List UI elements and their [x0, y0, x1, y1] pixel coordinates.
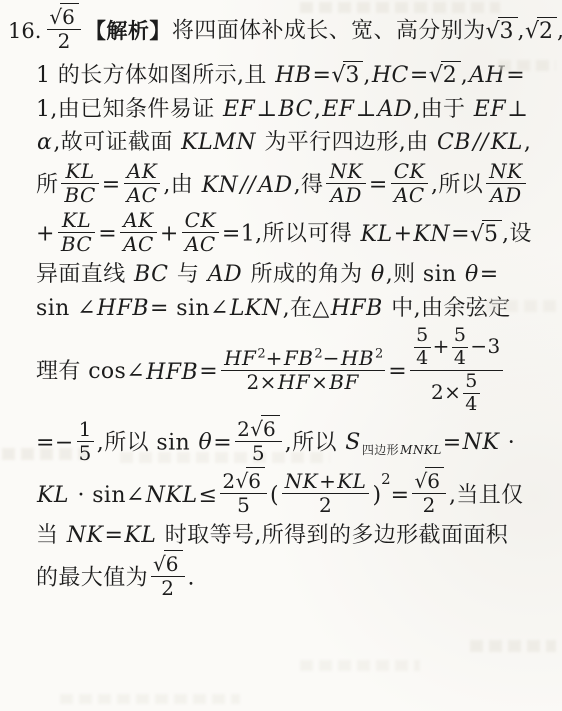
math-variable: HFB: [331, 296, 383, 321]
sqrt-expression: √2: [525, 17, 557, 47]
fraction: 15: [77, 418, 94, 465]
math-variable: EF: [474, 97, 506, 122]
math-variable: NKL: [146, 483, 198, 508]
numerator: √6: [151, 553, 184, 576]
text-run: 将四面体补成长、宽、高分别为: [172, 19, 486, 44]
fraction: 54: [452, 325, 469, 370]
math-variable: AD: [490, 183, 521, 207]
text-run: 2: [222, 469, 235, 493]
math-variable: HFB: [97, 296, 149, 321]
numerator: KL: [58, 209, 95, 232]
solution-line-8: sin ∠HFB= sin∠LKN,在△HFB 中,由余弦定: [36, 294, 558, 324]
math-variable: MNKL: [400, 443, 442, 457]
text-run: 5: [79, 441, 92, 465]
radicand: 2: [441, 61, 461, 88]
math-variable: KL: [337, 469, 366, 493]
solution-body: 16.√62【解析】将四面体补成长、宽、高分别为√3,√2,1 的长方体如图所示…: [36, 8, 558, 602]
text-run: +: [160, 222, 179, 247]
math-variable: HB: [341, 346, 374, 370]
text-run: =: [199, 360, 218, 385]
text-run: =: [451, 222, 470, 247]
fraction: 54: [463, 371, 480, 416]
text-run: ⊥: [256, 97, 277, 122]
radicand: 6: [164, 550, 183, 576]
text-run: ,: [314, 97, 321, 122]
numerator: 5: [463, 371, 480, 393]
text-run: 的最大值为: [36, 566, 148, 591]
text-run: 4: [416, 347, 429, 369]
math-variable: KN: [413, 222, 450, 247]
text-run: = sin∠: [150, 296, 229, 321]
text-run: ,由: [163, 173, 200, 198]
numerator: 1: [77, 418, 94, 441]
numerator: CK: [391, 160, 428, 183]
numerator: KL: [61, 160, 98, 183]
page-bleed-artifact: [470, 640, 556, 652]
text-run: ≤: [199, 483, 218, 508]
solution-line-7: 异面直线 BC 与 AD 所成的角为 θ,则 sin θ=: [36, 260, 558, 290]
math-variable: KL: [65, 159, 94, 183]
text-run: +: [433, 334, 450, 358]
fraction: AKAC: [124, 160, 161, 207]
math-variable: AD: [330, 183, 361, 207]
text-run: 所成的角为: [243, 262, 370, 287]
math-variable: HB: [275, 63, 311, 88]
denominator: AC: [120, 232, 157, 256]
text-run: · sin∠: [70, 483, 145, 508]
text-run: ⊥: [507, 97, 528, 122]
text-run: 5: [237, 493, 250, 517]
fraction: 54: [414, 325, 431, 370]
fraction: 2√65: [220, 470, 267, 517]
superscript: 2: [381, 470, 391, 488]
math-variable: FB: [284, 346, 314, 370]
text-run: =: [102, 173, 121, 198]
text-run: 2×: [431, 380, 461, 404]
numerator: 2√6: [220, 470, 267, 493]
radicand: 5: [482, 220, 502, 247]
text-run: 当: [36, 523, 66, 548]
sqrt-expression: √6: [236, 470, 265, 493]
text-run: ,: [363, 63, 370, 88]
text-run: ,在△: [283, 296, 330, 321]
math-variable: EF: [223, 97, 255, 122]
math-variable: α: [37, 130, 52, 155]
solution-line-12: 当 NK=KL 时取等号,所得到的多边形截面面积: [36, 521, 558, 551]
denominator: 4: [463, 393, 480, 416]
solution-line-1: 16.√62【解析】将四面体补成长、宽、高分别为√3,√2,: [8, 8, 558, 55]
math-variable: HFB: [146, 360, 198, 385]
fraction: NKAD: [486, 160, 525, 207]
denominator: AD: [486, 183, 525, 207]
numerator: 2√6: [235, 418, 282, 441]
text-run: 异面直线: [36, 262, 133, 287]
superscript: 2: [314, 346, 322, 361]
denominator: 5: [220, 493, 267, 517]
numerator: √6: [412, 470, 445, 493]
fraction: √62: [412, 470, 445, 517]
text-run: ,由于: [413, 97, 473, 122]
denominator: 5: [235, 441, 282, 465]
fraction: AKAC: [120, 209, 157, 256]
text-run: 1 的长方体如图所示,且: [36, 63, 274, 88]
denominator: 2: [282, 493, 370, 517]
math-variable: KL: [62, 208, 91, 232]
text-run: =: [480, 262, 499, 287]
denominator: 2: [47, 29, 80, 53]
text-run: ,所以 sin: [97, 430, 198, 455]
math-variable: AH: [469, 63, 505, 88]
denominator: 2: [151, 576, 184, 600]
math-variable: NK: [285, 469, 318, 493]
fraction: √62: [47, 6, 80, 53]
text-run: 5: [416, 324, 429, 346]
fraction: HF2+FB2−HB22×HF×BF: [221, 347, 385, 394]
math-variable: HC: [372, 63, 409, 88]
text-run: ⊥: [356, 97, 377, 122]
math-variable: CK: [394, 159, 425, 183]
text-run: ,当且仅: [449, 483, 524, 508]
text-run: ,所以: [285, 430, 345, 455]
math-variable: θ: [198, 430, 212, 455]
text-run: =: [213, 430, 232, 455]
text-run: 所: [36, 173, 58, 198]
math-variable: NK: [463, 430, 500, 455]
sqrt-expression: √3: [486, 17, 518, 47]
denominator: AC: [124, 183, 161, 207]
solution-line-2: 1 的长方体如图所示,且 HB=√3,HC=√2,AH=: [36, 61, 558, 91]
math-variable: AK: [123, 208, 153, 232]
text-run: 2: [423, 493, 436, 517]
text-run: 2: [58, 29, 71, 53]
text-run: 四边形: [362, 443, 399, 457]
text-run: =: [410, 63, 429, 88]
denominator: 2: [412, 493, 445, 517]
text-run: =: [104, 523, 123, 548]
radicand: 6: [261, 415, 280, 441]
text-run: ,: [518, 19, 525, 44]
text-run: .: [188, 566, 195, 591]
text-run: +: [266, 346, 283, 370]
solution-line-5: 所KLBC=AKAC,由 KN//AD,得NKAD=CKAC,所以NKAD: [36, 162, 558, 209]
math-variable: LKN: [230, 296, 282, 321]
solution-line-4: α,故可证截面 KLMN 为平行四边形,由 CB//KL,: [36, 128, 558, 158]
text-run: 1,由已知条件易证: [36, 97, 222, 122]
text-run: 与: [169, 262, 206, 287]
big-paren: ): [372, 483, 381, 508]
text-run: ,则 sin: [386, 262, 464, 287]
sqrt-expression: √6: [153, 553, 182, 576]
solution-line-10: =−15,所以 sin θ=2√65,所以 S四边形MNKL=NK ·: [36, 420, 558, 467]
text-run: ×: [311, 370, 328, 394]
math-variable: KN: [202, 173, 239, 198]
text-run: ,所以: [431, 173, 483, 198]
math-variable: S: [345, 430, 361, 455]
math-variable: BF: [329, 370, 359, 394]
math-variable: AC: [185, 232, 216, 256]
denominator: BC: [61, 183, 98, 207]
text-run: 4: [465, 393, 478, 415]
math-variable: KLMN: [181, 130, 256, 155]
text-run: 5: [252, 441, 265, 465]
radicand: 2: [537, 17, 557, 44]
numerator: HF2+FB2−HB2: [221, 347, 385, 370]
problem-number: 16.: [8, 19, 41, 43]
math-variable: KL: [491, 130, 523, 155]
sqrt-expression: √6: [414, 470, 443, 493]
denominator: 4: [452, 347, 469, 370]
math-variable: AD: [378, 97, 413, 122]
text-run: ,设: [502, 222, 532, 247]
text-run: 为平行四边形,由: [257, 130, 436, 155]
text-run: 中,由余弦定: [384, 296, 511, 321]
numerator: √6: [47, 6, 80, 29]
math-variable: AD: [258, 173, 293, 198]
math-variable: NK: [489, 159, 522, 183]
math-variable: BC: [64, 183, 95, 207]
page-bleed-artifact: [300, 660, 420, 671]
text-run: ,故可证截面: [53, 130, 180, 155]
fraction: √62: [151, 553, 184, 600]
solution-line-3: 1,由已知条件易证 EF⊥BC,EF⊥AD,由于 EF⊥: [36, 95, 558, 125]
superscript: 2: [257, 346, 265, 361]
radicand: 3: [498, 17, 518, 44]
math-variable: BC: [134, 262, 168, 287]
text-run: ,: [557, 19, 562, 44]
math-variable: //: [473, 130, 489, 155]
math-variable: BC: [278, 97, 312, 122]
solution-line-13: 的最大值为√62.: [36, 555, 558, 602]
text-run: 4: [454, 347, 467, 369]
fraction: NK+KL2: [282, 470, 370, 517]
math-variable: HF: [224, 346, 256, 370]
denominator: 2×HF×BF: [221, 370, 385, 394]
math-variable: θ: [371, 262, 385, 287]
fraction: CKAC: [391, 160, 428, 207]
math-variable: KL: [37, 483, 69, 508]
math-variable: AD: [208, 262, 243, 287]
denominator: 4: [414, 347, 431, 370]
text-run: =: [388, 360, 407, 385]
math-variable: AC: [394, 183, 425, 207]
solution-line-6: +KLBC=AKAC+CKAC=1,所以可得 KL+KN=√5,设: [36, 211, 558, 258]
numerator: 5: [414, 325, 431, 347]
sqrt-expression: √3: [331, 61, 363, 91]
text-run: sin ∠: [36, 296, 96, 321]
math-variable: CK: [185, 208, 216, 232]
solution-line-9: 理有 cos∠HFB=HF2+FB2−HB22×HF×BF=54+54−32×5…: [36, 327, 558, 417]
math-variable: θ: [465, 262, 479, 287]
text-run: =: [391, 483, 410, 508]
numerator: NK: [326, 160, 365, 183]
sqrt-expression: √6: [49, 6, 78, 29]
math-variable: NK: [329, 159, 362, 183]
numerator: AK: [124, 160, 161, 183]
sqrt-expression: √6: [250, 418, 279, 441]
denominator: 5: [77, 441, 94, 465]
denominator: BC: [58, 232, 95, 256]
text-run: −3: [470, 334, 500, 358]
text-run: 理有 cos∠: [36, 360, 145, 385]
sqrt-expression: √5: [470, 220, 502, 250]
math-variable: AC: [127, 183, 158, 207]
big-paren: (: [270, 483, 279, 508]
text-run: ,得: [294, 173, 324, 198]
text-run: 2: [319, 493, 332, 517]
text-run: 5: [465, 370, 478, 392]
fraction: KLBC: [61, 160, 98, 207]
solution-line-11: KL · sin∠NKL≤2√65(NK+KL2)2=√62,当且仅: [36, 469, 558, 520]
radicand: 6: [60, 3, 79, 29]
text-run: +: [36, 222, 55, 247]
denominator: 2×54: [410, 370, 502, 416]
radicand: 6: [425, 467, 444, 493]
math-variable: AK: [127, 159, 157, 183]
text-run: =: [313, 63, 332, 88]
fraction: 54+54−32×54: [410, 325, 502, 415]
text-run: 2: [237, 417, 250, 441]
math-variable: CB: [437, 130, 471, 155]
text-run: ·: [500, 430, 515, 455]
text-run: +: [319, 469, 336, 493]
math-variable: EF: [322, 97, 354, 122]
text-run: 5: [454, 324, 467, 346]
subscript: 四边形MNKL: [362, 443, 443, 457]
math-variable: //: [240, 173, 256, 198]
analysis-label: 【解析】: [85, 19, 171, 43]
text-run: ,: [461, 63, 468, 88]
denominator: AD: [326, 183, 365, 207]
text-run: =−: [36, 430, 74, 455]
numerator: NK+KL: [282, 470, 370, 493]
denominator: AC: [182, 232, 219, 256]
solution-page: 16.√62【解析】将四面体补成长、宽、高分别为√3,√2,1 的长方体如图所示…: [0, 0, 562, 711]
math-variable: HF: [278, 370, 310, 394]
math-variable: BC: [61, 232, 92, 256]
text-run: −: [323, 346, 340, 370]
text-run: ,: [524, 130, 531, 155]
fraction: 2√65: [235, 418, 282, 465]
numerator: CK: [182, 209, 219, 232]
numerator: 5: [452, 325, 469, 347]
text-run: 2×: [246, 370, 276, 394]
fraction: NKAD: [326, 160, 365, 207]
text-run: =: [443, 430, 462, 455]
radicand: 6: [246, 467, 265, 493]
superscript: 2: [375, 346, 383, 361]
text-run: +: [394, 222, 413, 247]
math-variable: NK: [67, 523, 104, 548]
text-run: 时取等号,所得到的多边形截面面积: [157, 523, 508, 548]
radicand: 3: [343, 61, 363, 88]
numerator: 54+54−3: [410, 325, 502, 370]
denominator: AC: [391, 183, 428, 207]
text-run: =: [506, 63, 525, 88]
math-variable: AC: [123, 232, 154, 256]
text-run: =: [98, 222, 117, 247]
fraction: KLBC: [58, 209, 95, 256]
text-run: =: [369, 173, 388, 198]
text-run: 2: [161, 576, 174, 600]
text-run: 1: [79, 417, 92, 441]
fraction: CKAC: [182, 209, 219, 256]
sqrt-expression: √2: [429, 61, 461, 91]
text-run: =1,所以可得: [222, 222, 360, 247]
math-variable: KL: [361, 222, 393, 247]
numerator: AK: [120, 209, 157, 232]
math-variable: KL: [124, 523, 156, 548]
page-bleed-artifact: [60, 694, 240, 704]
numerator: NK: [486, 160, 525, 183]
